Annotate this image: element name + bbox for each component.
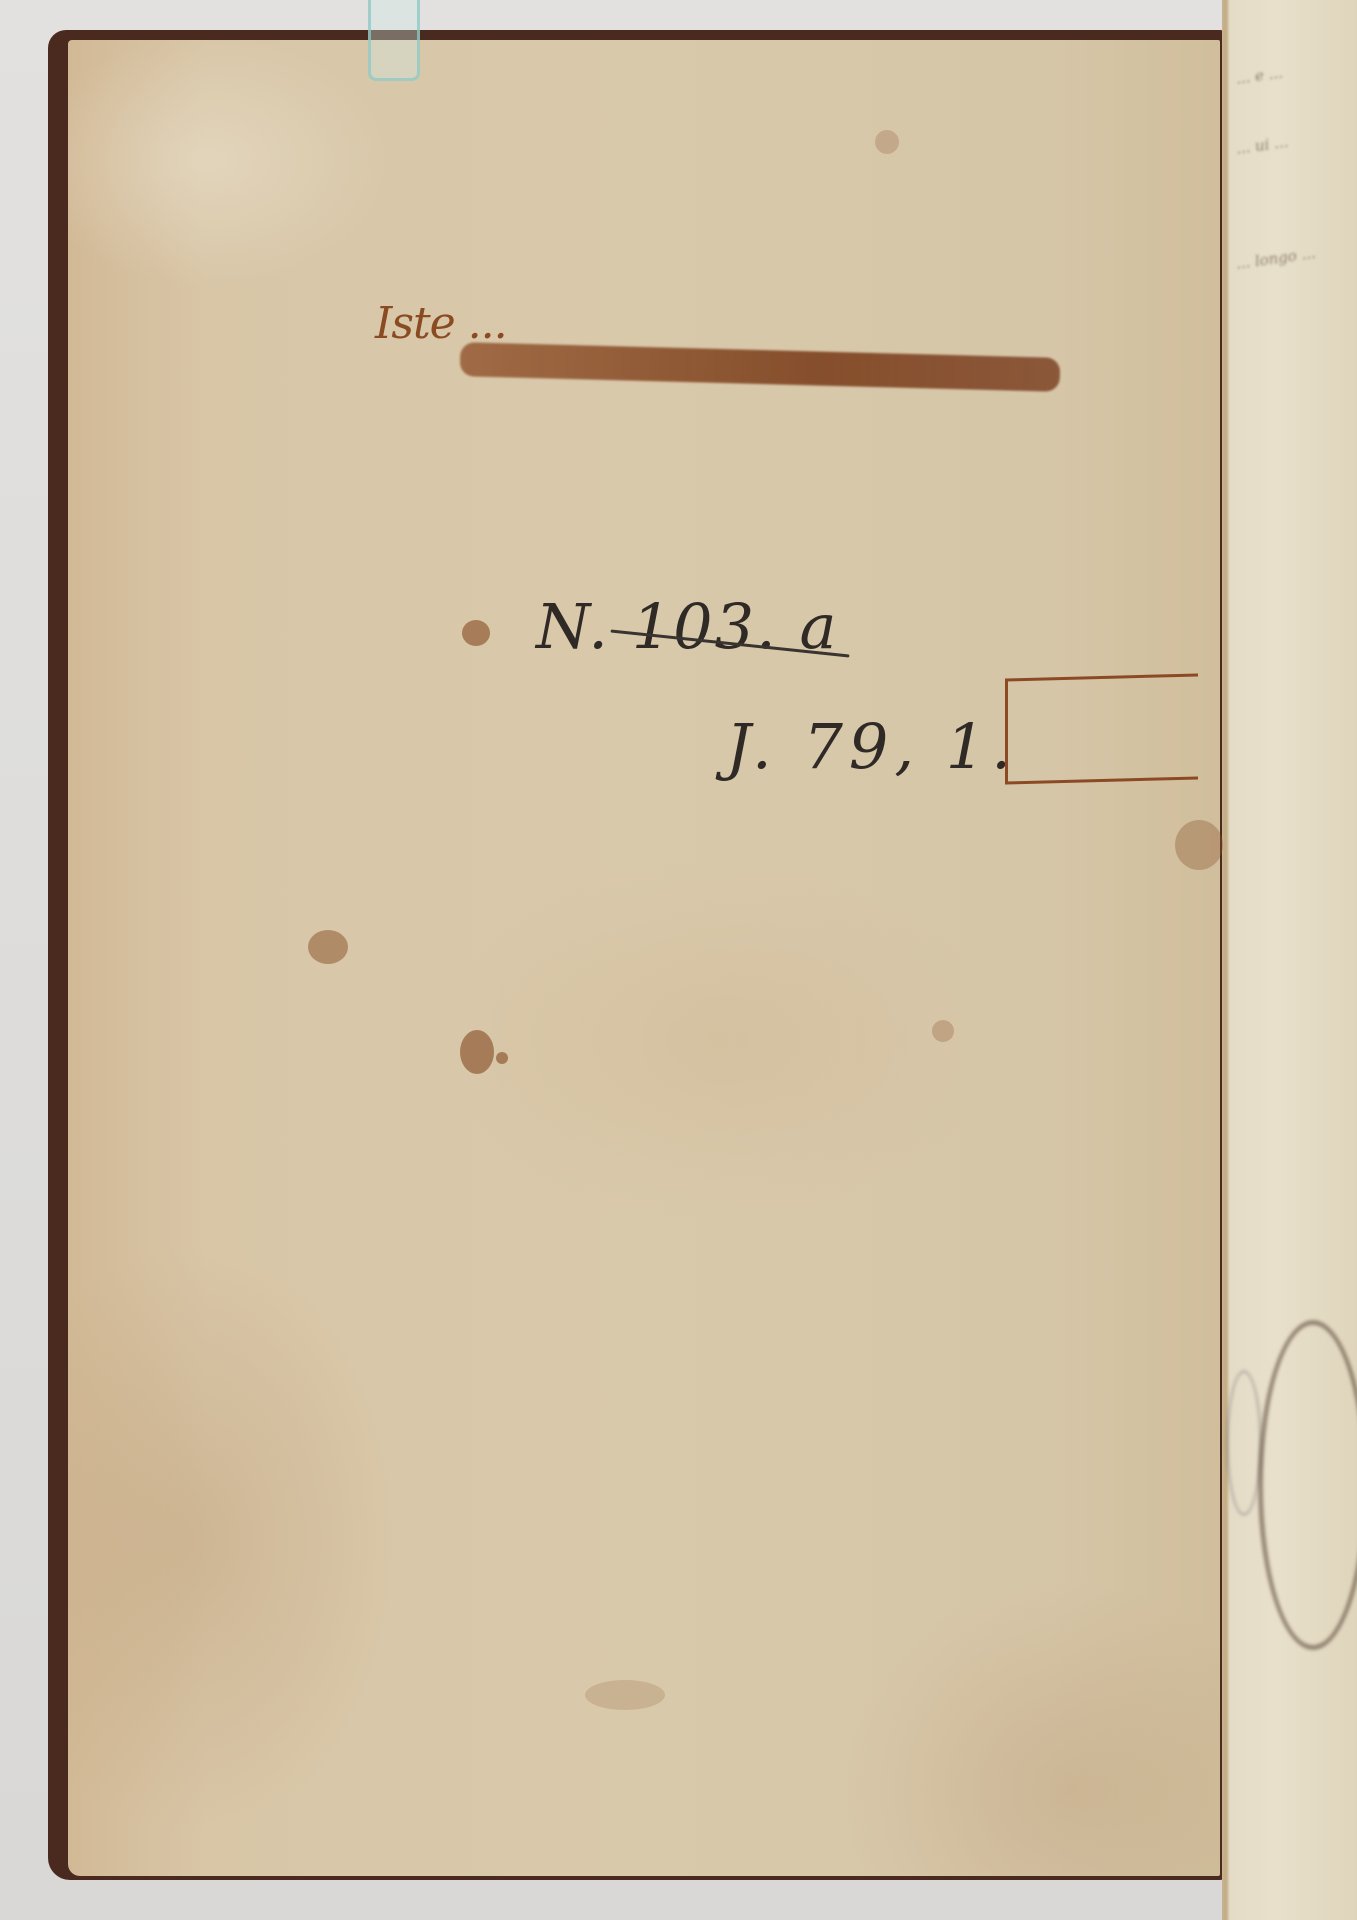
ink-stain [460, 1030, 494, 1074]
struck-ownership-inscription: Iste ... [375, 298, 507, 349]
ink-stain [875, 130, 899, 154]
ink-stain [932, 1020, 954, 1042]
ink-stain [308, 930, 348, 964]
ink-stain [585, 1680, 665, 1710]
old-shelfmark: N. 103. a [536, 590, 838, 663]
ink-drawn-box [1005, 673, 1198, 784]
library-stamp [1258, 1320, 1357, 1650]
glass-page-holder [368, 0, 420, 81]
ink-stain [1175, 820, 1223, 870]
current-shelfmark: J. 79, 1. [726, 710, 1017, 783]
ink-stain [462, 620, 490, 646]
ink-stain [496, 1052, 508, 1064]
library-stamp-faint [1226, 1370, 1262, 1516]
flyleaf-page [68, 40, 1220, 1876]
